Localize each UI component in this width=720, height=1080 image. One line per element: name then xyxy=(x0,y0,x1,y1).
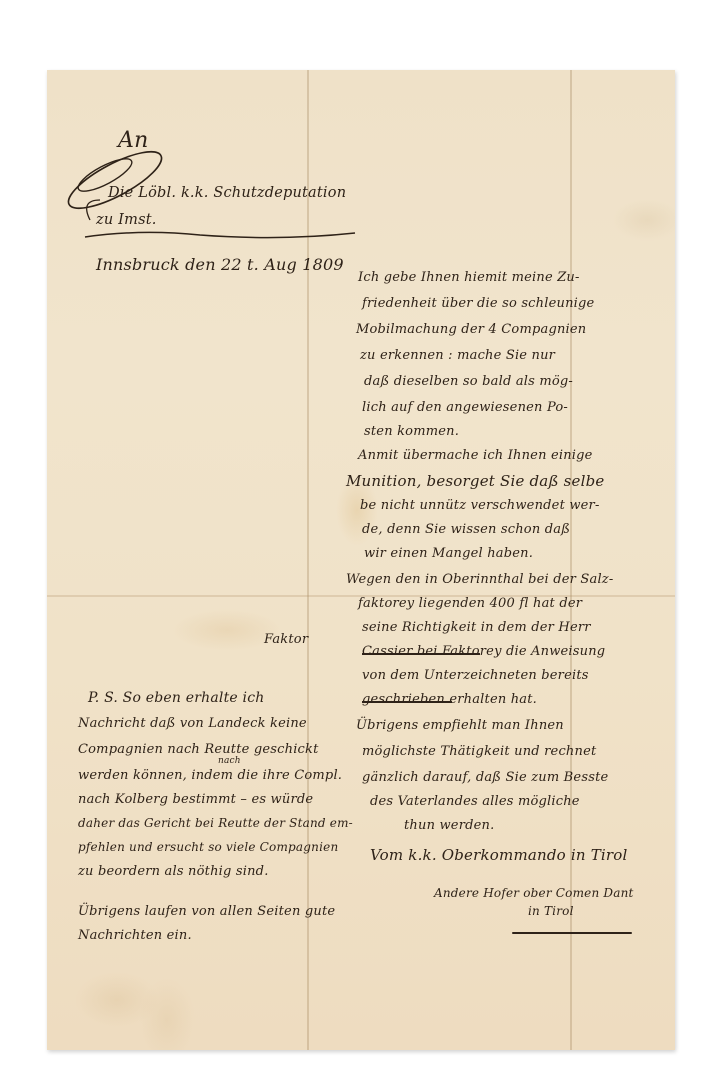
signature-line-1: Andere Hofer ober Comen Dant xyxy=(434,886,634,900)
signature-line-2: in Tirol xyxy=(528,904,574,918)
postscript-line: nach Kolberg bestimmt – es würde xyxy=(78,792,313,807)
margin-note: Faktor xyxy=(264,632,308,647)
postscript-line: P. S. So eben erhalte ich xyxy=(88,690,264,706)
body-line: Anmit übermache ich Ihnen einige xyxy=(358,448,593,463)
address-line-1: Die Löbl. k.k. Schutzdeputation xyxy=(108,185,346,201)
insertion-note: nach xyxy=(218,756,241,766)
body-line: gänzlich darauf, daß Sie zum Besste xyxy=(362,770,608,785)
postscript-line: werden können, indem die ihre Compl. xyxy=(78,768,342,783)
body-line: zu erkennen : mache Sie nur xyxy=(360,348,555,363)
body-line: Munition, besorget Sie daß selbe xyxy=(346,472,605,490)
body-line: friedenheit über die so schleunige xyxy=(362,296,594,311)
body-line: faktorey liegenden 400 fl hat der xyxy=(358,596,582,611)
body-line: Ich gebe Ihnen hiemit meine Zu- xyxy=(358,270,580,285)
body-line: Cassier bei Faktorey die Anweisung xyxy=(362,644,605,659)
body-line: de, denn Sie wissen schon daß xyxy=(362,522,570,537)
body-line: thun werden. xyxy=(404,818,494,833)
strikethrough-mark xyxy=(362,701,452,703)
address-underline-flourish-icon xyxy=(80,225,360,245)
body-line: sten kommen. xyxy=(364,424,459,439)
postscript-line: Nachricht daß von Landeck keine xyxy=(78,716,307,731)
body-line: geschrieben erhalten hat. xyxy=(362,692,537,707)
postscript-line: zu beordern als nöthig sind. xyxy=(78,864,269,879)
body-line: Wegen den in Oberinnthal bei der Salz- xyxy=(346,572,613,587)
signature-underline xyxy=(512,932,632,934)
postscript-line: Übrigens laufen von allen Seiten gute xyxy=(78,904,335,919)
postscript-line: Compagnien nach Reutte geschickt xyxy=(78,742,319,757)
postscript-line: pfehlen und ersucht so viele Compagnien xyxy=(78,840,338,854)
postscript-line: daher das Gericht bei Reutte der Stand e… xyxy=(78,816,353,830)
body-line: seine Richtigkeit in dem der Herr xyxy=(362,620,591,635)
body-line: Mobilmachung der 4 Compagnien xyxy=(356,322,586,337)
closing-line: Vom k.k. Oberkommando in Tirol xyxy=(370,846,628,864)
body-line: be nicht unnütz verschwendet wer- xyxy=(360,498,600,513)
postscript-line: Nachrichten ein. xyxy=(78,928,192,943)
body-line: möglichste Thätigkeit und rechnet xyxy=(362,744,596,759)
body-line: von dem Unterzeichneten bereits xyxy=(362,668,589,683)
fold-line-vertical-2 xyxy=(570,70,572,1050)
body-line: wir einen Mangel haben. xyxy=(364,546,533,561)
fold-line-vertical-1 xyxy=(307,70,309,1050)
body-line: daß dieselben so bald als mög- xyxy=(364,374,573,389)
body-line: des Vaterlandes alles mögliche xyxy=(370,794,580,809)
body-line: Übrigens empfiehlt man Ihnen xyxy=(356,718,564,733)
dateline: Innsbruck den 22 t. Aug 1809 xyxy=(96,255,344,274)
strikethrough-mark xyxy=(362,653,480,655)
body-line: lich auf den angewiesenen Po- xyxy=(362,400,568,415)
